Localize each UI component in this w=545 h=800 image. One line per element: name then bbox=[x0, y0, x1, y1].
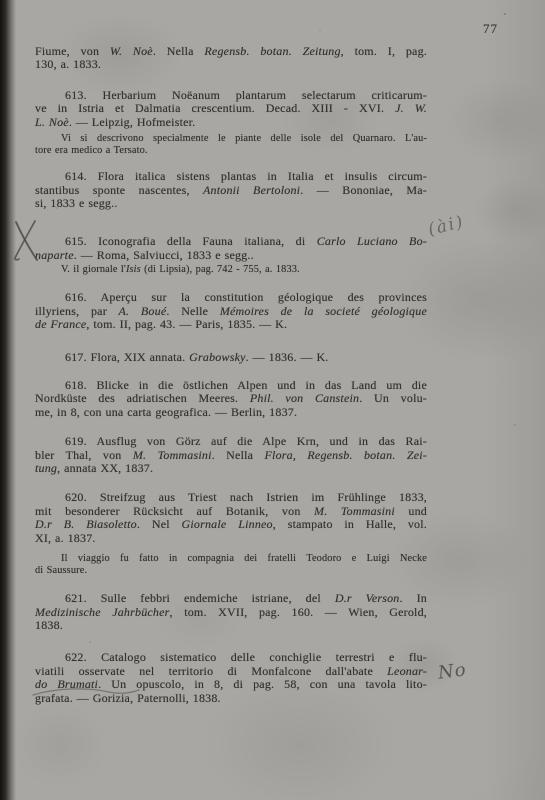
text-line: 1838. bbox=[35, 619, 427, 632]
text-line: Fiume, von W. Noè. Nella Regensb. botan.… bbox=[35, 45, 427, 58]
text-line: illyriens, par A. Boué. Nelle Mémoires d… bbox=[35, 305, 427, 318]
text-line: D.r B. Biasoletto. Nel Giornale Linneo, … bbox=[35, 518, 427, 531]
text-line: Nordküste des adriatischen Meeres. Phil.… bbox=[35, 392, 427, 405]
text-line: bler Thal, von M. Tommasini. Nella Flora… bbox=[35, 449, 427, 462]
note-paragraph: Il viaggio fu fatto in compagnia dei fra… bbox=[35, 553, 427, 577]
pencil-annotation: No bbox=[437, 659, 468, 683]
entry-paragraph: 615. Iconografia della Fauna italiana, d… bbox=[35, 235, 427, 262]
text-line: 621. Sulle febbri endemiche istriane, de… bbox=[35, 592, 427, 605]
text-line: me, in 8, con una carta geografica. — Be… bbox=[35, 406, 427, 419]
text-line: 619. Ausflug von Görz auf die Alpe Krn, … bbox=[35, 435, 427, 448]
entry-paragraph: 614. Flora italica sistens plantas in It… bbox=[35, 170, 427, 210]
text-line: 617. Flora, XIX annata. Grabowsky. — 183… bbox=[35, 351, 427, 364]
text-line: L. Noè. — Leipzig, Hofmeister. bbox=[35, 116, 427, 129]
entry-paragraph: 618. Blicke in die östlichen Alpen und i… bbox=[35, 379, 427, 419]
scanned-page: 77 Fiume, von W. Noè. Nella Regensb. bot… bbox=[0, 0, 545, 800]
text-line: 622. Catalogo sistematico delle conchigl… bbox=[35, 651, 427, 664]
entry-paragraph: 621. Sulle febbri endemiche istriane, de… bbox=[35, 592, 427, 632]
text-line: tore era medico a Tersato. bbox=[35, 145, 427, 157]
text-line: Vi si descrivono specialmente le piante … bbox=[35, 133, 427, 145]
text-line: XI, a. 1837. bbox=[35, 532, 427, 545]
handwritten-x-mark-icon bbox=[12, 220, 40, 267]
text-line: viatili osservate nel territorio di Monf… bbox=[35, 665, 427, 678]
text-line: de France, tom. II, pag. 43. — Paris, 18… bbox=[35, 318, 427, 331]
entry-paragraph: 619. Ausflug von Görz auf die Alpe Krn, … bbox=[35, 435, 427, 475]
text-line: Medizinische Jahrbücher, tom. XVII, pag.… bbox=[35, 606, 427, 619]
pencil-annotation: (ài) bbox=[426, 212, 467, 240]
text-line: 616. Aperçu sur la constitution géologiq… bbox=[35, 291, 427, 304]
scan-edge-shadow bbox=[0, 0, 16, 800]
text-line: naparte. — Roma, Salviucci, 1833 e segg.… bbox=[35, 249, 427, 262]
entry-paragraph: 613. Herbarium Noëanum plantarum selecta… bbox=[35, 89, 427, 129]
text-line: V. il giornale l'Isis (di Lipsia), pag. … bbox=[35, 264, 427, 276]
text-line: ve in Istria et Dalmatia crescentium. De… bbox=[35, 102, 427, 115]
text-line: mit besonderer Rücksicht auf Botanik, vo… bbox=[35, 505, 427, 518]
text-line: 613. Herbarium Noëanum plantarum selecta… bbox=[35, 89, 427, 102]
note-paragraph: Vi si descrivono specialmente le piante … bbox=[35, 133, 427, 157]
entry-paragraph: 620. Streifzug aus Triest nach Istrien i… bbox=[35, 491, 427, 545]
text-line: Il viaggio fu fatto in compagnia dei fra… bbox=[35, 553, 427, 565]
page-number: 77 bbox=[483, 21, 498, 37]
text-line: stantibus sponte nascentes, Antonii Bert… bbox=[35, 184, 427, 197]
text-line: 618. Blicke in die östlichen Alpen und i… bbox=[35, 379, 427, 392]
text-line: 130, a. 1833. bbox=[35, 58, 427, 71]
text-line: di Saussure. bbox=[35, 565, 427, 577]
text-block: Fiume, von W. Noè. Nella Regensb. botan.… bbox=[35, 45, 427, 705]
text-line: 620. Streifzug aus Triest nach Istrien i… bbox=[35, 491, 427, 504]
text-line: 614. Flora italica sistens plantas in It… bbox=[35, 170, 427, 183]
text-line: tung, annata XX, 1837. bbox=[35, 462, 427, 475]
entry-paragraph: 617. Flora, XIX annata. Grabowsky. — 183… bbox=[35, 351, 427, 364]
entry-paragraph: Fiume, von W. Noè. Nella Regensb. botan.… bbox=[35, 45, 427, 72]
text-line: 615. Iconografia della Fauna italiana, d… bbox=[35, 235, 427, 248]
text-line: si, 1833 e segg.. bbox=[35, 197, 427, 210]
entry-paragraph: 616. Aperçu sur la constitution géologiq… bbox=[35, 291, 427, 331]
pencil-strikethrough-icon bbox=[31, 684, 141, 705]
note-paragraph: V. il giornale l'Isis (di Lipsia), pag. … bbox=[35, 264, 427, 276]
